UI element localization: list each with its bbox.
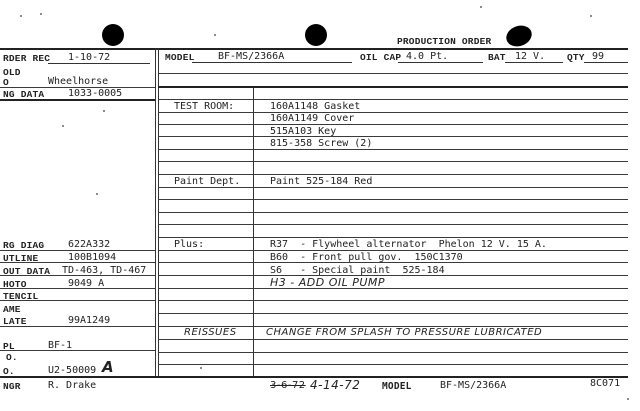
qty-label: QTY [567,52,585,63]
footer-model-value: BF-MS/2366A [440,380,506,391]
label-divider [253,87,254,378]
section-label-test-room: TEST ROOM: [174,101,234,112]
document-title: PRODUCTION ORDER [397,36,491,47]
no2-value: U2-50009 [48,365,96,376]
footer-code: 8C071 [590,378,620,389]
footer-model-label: MODEL [382,381,412,392]
out-data-value: TD-463, TD-467 [62,265,146,276]
out-data-label: OUT DATA [3,266,50,277]
punch-hole [503,22,534,50]
ng-data-value: 1033-0005 [68,88,122,99]
o-value: Wheelhorse [48,76,108,87]
mgr-value: R. Drake [48,380,96,391]
order-rec-field[interactable]: 1-10-72 [48,52,150,64]
test-room-item: 815-358 Screw (2) [270,138,372,149]
punch-hole [305,24,327,46]
section-label-plus: Plus: [174,239,204,250]
paint-item: Paint 525-184 Red [270,176,372,187]
column-divider [158,48,159,378]
photo-value: 9049 A [68,278,104,289]
stencil-label: TENCIL [3,291,38,302]
model-label: MODEL [165,52,195,63]
section-label-paint-dept: Paint Dept. [174,176,240,187]
test-room-item: 160A1148 Gasket [270,101,360,112]
plus-item: S6 - Special paint 525-184 [270,265,445,276]
oil-cap-field[interactable]: 4.0 Pt. [398,51,483,63]
column-divider [155,48,156,378]
footer-struck-date: 3-6-72 [270,380,306,391]
name-label: AME [3,304,21,315]
no1-label: O. [6,352,18,363]
no2-label: O. [3,366,15,377]
no2-handwritten: A [102,358,114,376]
pl-label: PL [3,341,15,352]
test-room-item: 160A1149 Cover [270,113,354,124]
plus-item: R37 - Flywheel alternator Phelon 12 V. 1… [270,239,547,250]
section-label-reissues: REISSUES [184,327,237,338]
punch-hole [102,24,124,46]
oil-cap-label: OIL CAP [360,52,401,63]
plus-handwritten-item: H3 - ADD OIL PUMP [270,276,385,289]
plate-value: 99A1249 [68,315,110,326]
top-rule [0,48,628,50]
bat-field[interactable]: 12 V. [505,51,563,63]
footer-handwritten-date: 4-14-72 [310,378,360,392]
test-room-item: 515A103 Key [270,126,336,137]
qty-field[interactable]: 99 [584,51,628,63]
rg-diag-label: RG DIAG [3,240,44,251]
reissue-item: CHANGE FROM SPLASH TO PRESSURE LUBRICATE… [266,327,542,338]
outline-label: UTLINE [3,253,38,264]
model-field[interactable]: BF-MS/2366A [192,51,352,63]
order-rec-label: RDER REC [3,53,50,64]
plus-item: B60 - Front pull gov. 150C1370 [270,252,463,263]
rg-diag-value: 622A332 [68,239,110,250]
bat-label: BAT [488,52,506,63]
photo-label: HOTO [3,279,27,290]
outline-value: 100B1094 [68,252,116,263]
mgr-label: NGR [3,381,21,392]
pl-value: BF-1 [48,340,72,351]
